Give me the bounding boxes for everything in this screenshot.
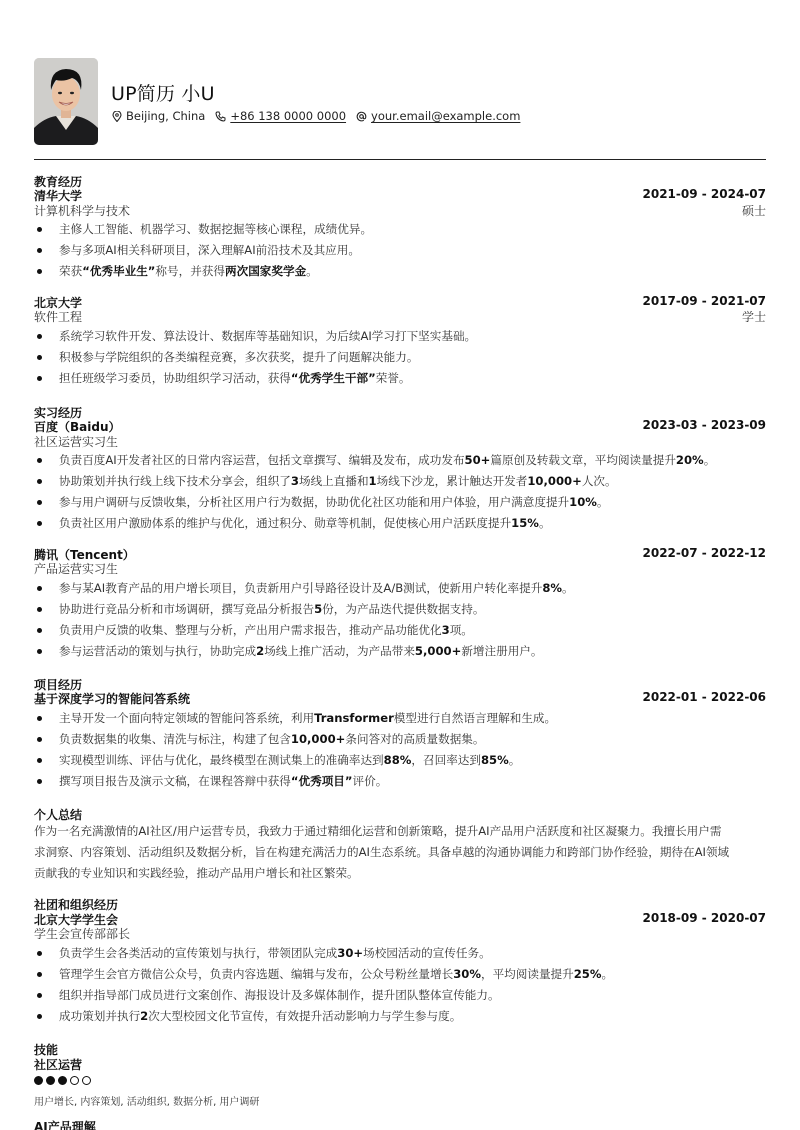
project-name: 基于深度学习的智能问答系统 — [34, 690, 190, 707]
location-text: Beijing, China — [126, 109, 205, 123]
list-item: 负责学生会各类活动的宣传策划与执行，带领团队完成30+场校园活动的宣传任务。 — [34, 943, 766, 964]
internship-date: 2023-03 - 2023-09 — [643, 418, 767, 432]
email-link[interactable]: your.email@example.com — [371, 109, 520, 123]
list-item: 积极参与学院组织的各类编程竞赛，多次获奖，提升了问题解决能力。 — [34, 347, 766, 368]
education-bullets: 系统学习软件开发、算法设计、数据库等基础知识，为后续AI学习打下坚实基础。 积极… — [34, 326, 766, 389]
list-item: 组织并指导部门成员进行文案创作、海报设计及多媒体制作，提升团队整体宣传能力。 — [34, 985, 766, 1006]
list-item: 担任班级学习委员，协助组织学习活动，获得“优秀学生干部”荣誉。 — [34, 368, 766, 389]
list-item: 成功策划并执行2次大型校园文化节宣传，有效提升活动影响力与学生参与度。 — [34, 1006, 766, 1027]
internship-role: 产品运营实习生 — [34, 560, 118, 577]
internship-bullets: 负责百度AI开发者社区的日常内容运营，包括文章撰写、编辑及发布，成功发布50+篇… — [34, 450, 766, 534]
list-item: 参与某AI教育产品的用户增长项目，负责新用户引导路径设计及A/B测试，使新用户转… — [34, 578, 766, 599]
internship-role: 社区运营实习生 — [34, 433, 118, 450]
education-date: 2017-09 - 2021-07 — [643, 294, 767, 308]
education-degree: 硕士 — [742, 202, 766, 219]
list-item: 撰写项目报告及演示文稿，在课程答辩中获得“优秀项目”评价。 — [34, 771, 766, 792]
contact-info: Beijing, China +86 138 0000 0000 your.em… — [111, 109, 524, 123]
skill-level-rating — [34, 1076, 91, 1085]
organization-role: 学生会宣传部部长 — [34, 925, 130, 942]
phone: +86 138 0000 0000 — [215, 109, 346, 123]
map-pin-icon — [111, 111, 122, 122]
project-date: 2022-01 - 2022-06 — [643, 690, 767, 704]
phone-link[interactable]: +86 138 0000 0000 — [230, 109, 346, 123]
education-degree: 学士 — [742, 308, 766, 325]
list-item: 参与用户调研与反馈收集，分析社区用户行为数据，协助优化社区功能和用户体验，用户满… — [34, 492, 766, 513]
list-item: 主导开发一个面向特定领域的智能问答系统，利用Transformer模型进行自然语… — [34, 708, 766, 729]
list-item: 系统学习软件开发、算法设计、数据库等基础知识，为后续AI学习打下坚实基础。 — [34, 326, 766, 347]
at-icon — [356, 111, 367, 122]
organization-bullets: 负责学生会各类活动的宣传策划与执行，带领团队完成30+场校园活动的宣传任务。 管… — [34, 943, 766, 1027]
list-item: 负责用户反馈的收集、整理与分析，产出用户需求报告，推动产品功能优化3项。 — [34, 620, 766, 641]
list-item: 参与运营活动的策划与执行，协助完成2场线上推广活动，为产品带来5,000+新增注… — [34, 641, 766, 662]
education-major: 计算机科学与技术 — [34, 202, 130, 219]
location: Beijing, China — [111, 109, 205, 123]
summary-line: 贡献我的专业知识和实践经验，推动产品用户增长和社区繁荣。 — [34, 863, 766, 884]
rating-dot-filled — [34, 1076, 43, 1085]
internship-date: 2022-07 - 2022-12 — [643, 546, 767, 560]
rating-dot-filled — [46, 1076, 55, 1085]
list-item: 协助进行竞品分析和市场调研，撰写竞品分析报告5份，为产品迭代提供数据支持。 — [34, 599, 766, 620]
organization-date: 2018-09 - 2020-07 — [643, 911, 767, 925]
list-item: 负责社区用户激励体系的维护与优化，通过积分、勋章等机制，促使核心用户活跃度提升1… — [34, 513, 766, 534]
project-bullets: 主导开发一个面向特定领域的智能问答系统，利用Transformer模型进行自然语… — [34, 708, 766, 792]
skill-name: AI产品理解 — [34, 1118, 96, 1130]
skill-tags: 用户增长, 内容策划, 活动组织, 数据分析, 用户调研 — [34, 1093, 259, 1108]
rating-dot-empty — [82, 1076, 91, 1085]
list-item: 协助策划并执行线上线下技术分享会，组织了3场线上直播和1场线下沙龙，累计触达开发… — [34, 471, 766, 492]
email: your.email@example.com — [356, 109, 520, 123]
summary-line: 作为一名充满激情的AI社区/用户运营专员，我致力于通过精细化运营和创新策略，提升… — [34, 821, 766, 842]
avatar — [34, 58, 98, 145]
education-date: 2021-09 - 2024-07 — [643, 187, 767, 201]
education-bullets: 主修人工智能、机器学习、数据挖掘等核心课程，成绩优异。 参与多项AI相关科研项目… — [34, 219, 766, 282]
rating-dot-filled — [58, 1076, 67, 1085]
phone-icon — [215, 111, 226, 122]
candidate-name: UP简历 小U — [111, 79, 215, 106]
list-item: 管理学生会官方微信公众号，负责内容选题、编辑与发布，公众号粉丝量增长30%，平均… — [34, 964, 766, 985]
list-item: 荣获“优秀毕业生”称号，并获得两次国家奖学金。 — [34, 261, 766, 282]
list-item: 负责数据集的收集、清洗与标注，构建了包含10,000+条问答对的高质量数据集。 — [34, 729, 766, 750]
list-item: 实现模型训练、评估与优化，最终模型在测试集上的准确率达到88%，召回率达到85%… — [34, 750, 766, 771]
list-item: 主修人工智能、机器学习、数据挖掘等核心课程，成绩优异。 — [34, 219, 766, 240]
education-major: 软件工程 — [34, 308, 82, 325]
list-item: 参与多项AI相关科研项目，深入理解AI前沿技术及其应用。 — [34, 240, 766, 261]
summary-line: 求洞察、内容策划、活动组织及数据分析，旨在构建充满活力的AI生态系统。具备卓越的… — [34, 842, 766, 863]
rating-dot-empty — [70, 1076, 79, 1085]
list-item: 负责百度AI开发者社区的日常内容运营，包括文章撰写、编辑及发布，成功发布50+篇… — [34, 450, 766, 471]
internship-bullets: 参与某AI教育产品的用户增长项目，负责新用户引导路径设计及A/B测试，使新用户转… — [34, 578, 766, 662]
header-divider — [34, 159, 766, 160]
skill-name: 社区运营 — [34, 1056, 82, 1073]
resume-header: UP简历 小U Beijing, China +86 138 0000 0000… — [34, 58, 766, 146]
summary-text: 作为一名充满激情的AI社区/用户运营专员，我致力于通过精细化运营和创新策略，提升… — [34, 821, 766, 884]
